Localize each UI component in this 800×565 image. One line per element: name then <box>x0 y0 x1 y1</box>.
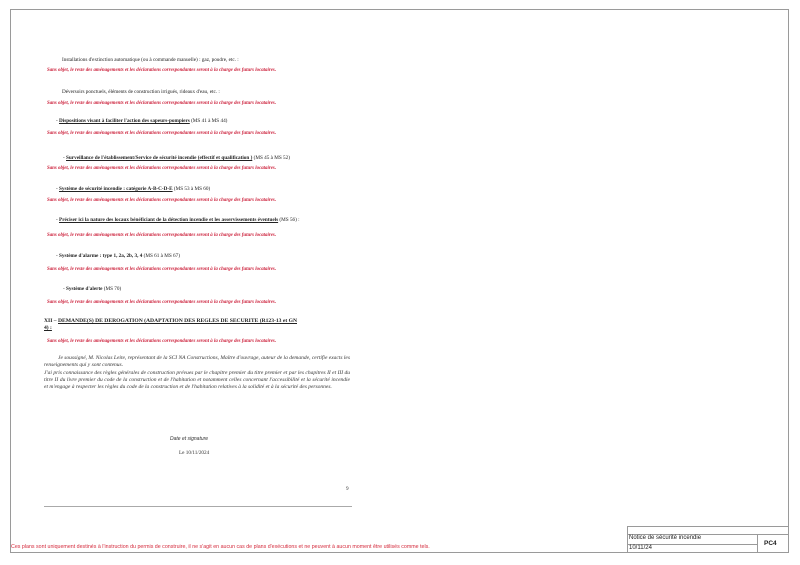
placeholder-note: Sans objet, le reste des aménagements et… <box>47 232 276 239</box>
section-number: XII – <box>44 318 58 324</box>
section-surveillance: - Surveillance de l'établissement/Servic… <box>63 155 290 162</box>
section-heading: Dispositions visant à faciliter l'action… <box>59 118 190 124</box>
signature-date: Le 10/11/2024 <box>179 450 209 456</box>
section-heading: Système de sécurité incendie : catégorie… <box>59 186 173 192</box>
section-reference: (MS 53 à MS 60) <box>173 186 211 192</box>
section-sapeurs-pompiers: - Dispositions visant à faciliter l'acti… <box>56 118 227 125</box>
placeholder-note: Sans objet, le reste des aménagements et… <box>47 299 276 306</box>
placeholder-note: Sans objet, le reste des aménagements et… <box>47 197 276 204</box>
section-heading: Système d'alerte <box>66 286 102 292</box>
placeholder-note: Sans objet, le reste des aménagements et… <box>47 100 276 107</box>
section-reference: (MS 41 à MS 44) <box>190 118 228 124</box>
section-heading: DEMANDE(S) DE DEROGATION (ADAPTATION DES… <box>58 318 297 324</box>
section-deversoirs: Déversoirs ponctuels, éléments de constr… <box>62 89 220 96</box>
section-detection: - Préciser ici la nature des locaux béné… <box>56 217 300 224</box>
placeholder-note: Sans objet, le reste des aménagements et… <box>47 130 276 137</box>
declaration-identity: Je soussigné, M. Nicolas Leite, représen… <box>44 355 350 370</box>
section-xii-heading: XII – DEMANDE(S) DE DEROGATION (ADAPTATI… <box>44 318 297 325</box>
section-reference: (MS 56) : <box>278 217 299 223</box>
section-text: Installations d'extinction automatique (… <box>62 57 239 63</box>
title-block-date: 10/11/24 <box>629 545 652 551</box>
placeholder-note: Sans objet, le reste des aménagements et… <box>47 67 276 74</box>
title-block: Notice de sécurité incendie 10/11/24 PC4 <box>627 526 789 553</box>
page-number: 9 <box>346 486 349 492</box>
section-reference: (MS 45 à MS 52) <box>252 155 290 161</box>
section-alarme: - Système d'alarme : type 1, 2a, 2b, 3, … <box>56 253 180 260</box>
section-text: Déversoirs ponctuels, éléments de constr… <box>62 89 220 95</box>
section-extinction: Installations d'extinction automatique (… <box>62 57 239 64</box>
section-heading: Système d'alarme : type 1, 2a, 2b, 3, 4 <box>59 253 142 259</box>
signature-label: Date et signature <box>170 436 208 442</box>
footer-divider <box>44 506 352 507</box>
placeholder-note: Sans objet, le reste des aménagements et… <box>47 165 276 172</box>
title-block-code: PC4 <box>764 540 777 547</box>
disclaimer: Ces plans sont uniquement destinés à l'i… <box>11 544 430 550</box>
section-heading: Préciser ici la nature des locaux bénéfi… <box>59 217 278 223</box>
section-alerte: - Système d'alerte (MS 70) <box>63 286 121 293</box>
title-block-title: Notice de sécurité incendie <box>629 535 701 541</box>
declaration: Je soussigné, M. Nicolas Leite, représen… <box>44 355 350 391</box>
section-reference: (MS 70) <box>102 286 121 292</box>
title-block-divider <box>757 534 758 553</box>
section-reference: (MS 61 à MS 67) <box>142 253 180 259</box>
declaration-commitment: J'ai pris connaissance des règles généra… <box>44 370 350 392</box>
placeholder-note: Sans objet, le reste des aménagements et… <box>47 266 276 273</box>
section-heading: Surveillance de l'établissement/Service … <box>66 155 252 161</box>
section-ssi: - Système de sécurité incendie : catégor… <box>56 186 210 193</box>
section-heading: 4) : <box>44 325 52 331</box>
section-xii-heading-cont: 4) : <box>44 325 52 332</box>
placeholder-note: Sans objet, le reste des aménagements et… <box>47 338 276 345</box>
